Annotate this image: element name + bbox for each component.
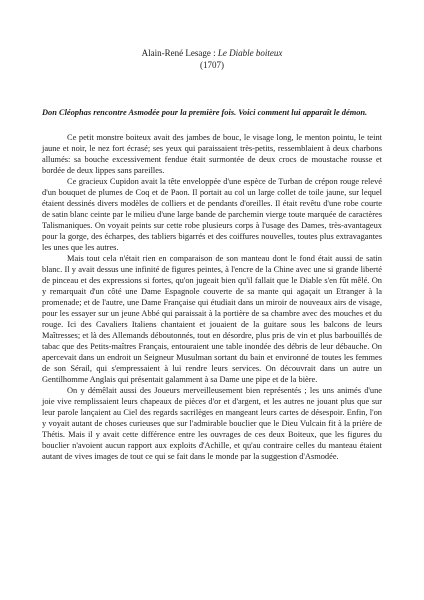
paragraph-2: Ce gracieux Cupidon avait la tête envelo… [42, 176, 382, 253]
document-body: Ce petit monstre boiteux avait des jambe… [42, 132, 382, 462]
work-title: Le Diable boiteux [218, 48, 283, 58]
paragraph-1: Ce petit monstre boiteux avait des jambe… [42, 132, 382, 176]
introduction-text: Don Cléophas rencontre Asmodée pour la p… [42, 107, 382, 118]
paragraph-4: On y démêlait aussi des Joueurs merveill… [42, 385, 382, 462]
author-name: Alain-René Lesage : [142, 48, 218, 58]
document-header: Alain-René Lesage : Le Diable boiteux [42, 47, 382, 59]
paragraph-3: Mais tout cela n'était rien en comparais… [42, 253, 382, 385]
document-page: Alain-René Lesage : Le Diable boiteux (1… [0, 0, 424, 600]
publication-year: (1707) [42, 59, 382, 71]
